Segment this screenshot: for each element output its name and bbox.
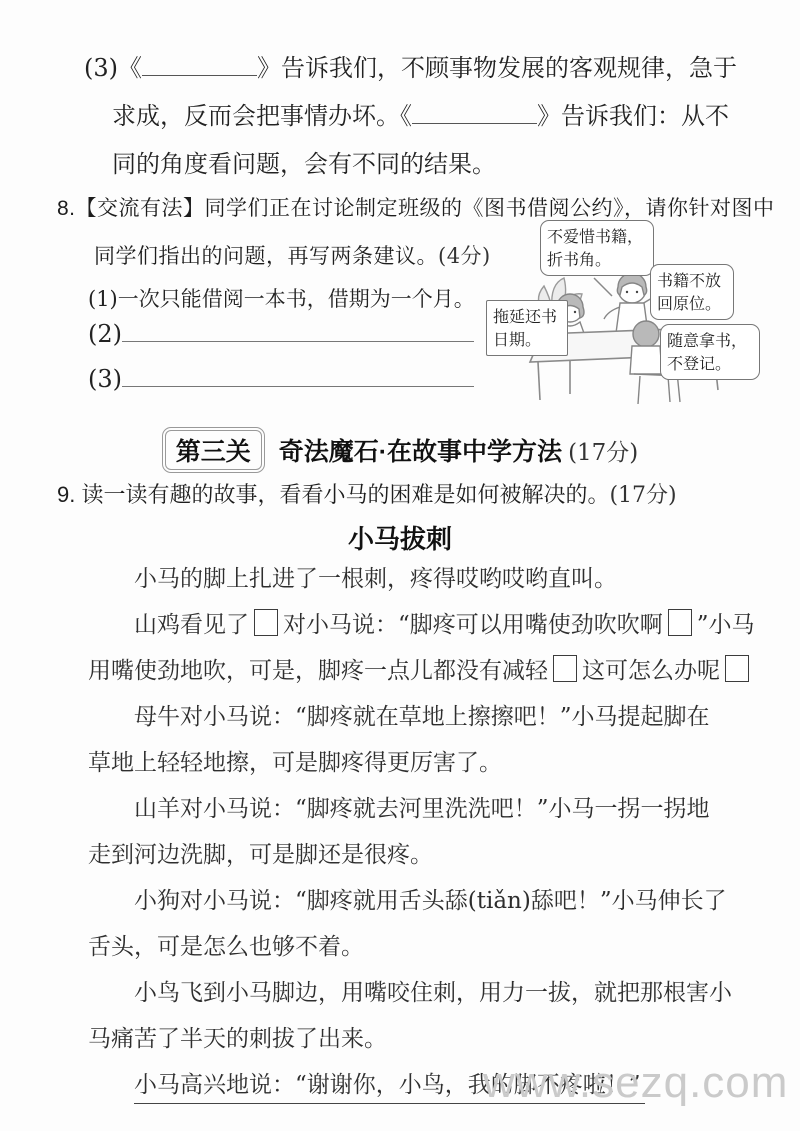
speech-bubble-damage-books: 不爱惜书籍，折书角。 bbox=[540, 220, 654, 276]
answer-blank bbox=[122, 321, 474, 342]
story-line: 舌头，可是怎么也够不着。 bbox=[88, 924, 768, 970]
question-3-line-2: 求成，反而会把事情办坏。《》告诉我们：从不 bbox=[84, 92, 737, 140]
punctuation-box bbox=[725, 655, 749, 682]
section-3-score: (17分) bbox=[568, 440, 638, 466]
question-8-stem-line-2: 同学们指出的问题，再写两条建议。(4分) bbox=[94, 240, 491, 270]
question-8-stem-text: 同学们指出的问题，再写两条建议。 bbox=[94, 245, 438, 268]
question-8-score: (4分) bbox=[438, 244, 491, 268]
punctuation-box bbox=[668, 609, 692, 636]
section-3-title: 奇法魔石·在故事中学方法 bbox=[279, 438, 562, 466]
question-3-text: 》告诉我们，不顾事物发展的客观规律，急于 bbox=[257, 54, 737, 82]
story-line: 小马的脚上扎进了一根刺，疼得哎哟哎哟直叫。 bbox=[88, 556, 768, 602]
story-line: 用嘴使劲地吹，可是，脚疼一点儿都没有减轻这可怎么办呢 bbox=[88, 648, 768, 694]
question-3-text: 》告诉我们：从不 bbox=[537, 102, 729, 130]
section-3-badge-label: 第三关 bbox=[165, 430, 262, 470]
story-line: 草地上轻轻地擦，可是脚疼得更厉害了。 bbox=[88, 740, 768, 786]
section-3-badge: 第三关 bbox=[162, 427, 265, 473]
question-3-label: (3) bbox=[84, 54, 118, 82]
question-8-sub-1: (1)一次只能借阅一本书，借期为一个月。 bbox=[88, 283, 475, 313]
question-9-stem-text: 9. 读一读有趣的故事，看看小马的困难是如何被解决的。 bbox=[57, 482, 609, 507]
question-8-sub-2: (2) bbox=[88, 320, 474, 348]
fill-in-blank bbox=[412, 103, 537, 124]
story-body: 小马的脚上扎进了一根刺，疼得哎哟哎哟直叫。 山鸡看见了对小马说：“脚疼可以用嘴使… bbox=[88, 556, 768, 1108]
question-3-text: 同的角度看问题，会有不同的结果。 bbox=[112, 150, 496, 178]
story-line: 小鸟飞到小马脚边，用嘴咬住刺，用力一拔，就把那根害小 bbox=[88, 970, 768, 1016]
classroom-illustration: 不爱惜书籍，折书角。 书籍不放回原位。 拖延还书日期。 随意拿书，不登记。 bbox=[494, 212, 770, 408]
question-3-text: 求成，反而会把事情办坏。《 bbox=[112, 102, 412, 130]
speech-bubble-no-register: 随意拿书，不登记。 bbox=[660, 324, 760, 380]
question-9-stem: 9. 读一读有趣的故事，看看小马的困难是如何被解决的。(17分) bbox=[57, 478, 677, 509]
watermark: www.sezq.com bbox=[483, 1058, 788, 1108]
story-line: 母牛对小马说：“脚疼就在草地上擦擦吧！”小马提起脚在 bbox=[88, 694, 768, 740]
question-8-sub-3: (3) bbox=[88, 365, 474, 393]
question-3-line-3: 同的角度看问题，会有不同的结果。 bbox=[84, 140, 737, 188]
story-title: 小马拔刺 bbox=[0, 519, 800, 556]
punctuation-box bbox=[553, 655, 577, 682]
story-line: 马痛苦了半天的刺拔了出来。 bbox=[88, 1016, 768, 1062]
question-3-text: 《 bbox=[118, 54, 142, 82]
story-line: 走到河边洗脚，可是脚还是很疼。 bbox=[88, 832, 768, 878]
speech-bubble-late-return: 拖延还书日期。 bbox=[486, 300, 568, 356]
section-3-banner: 第三关奇法魔石·在故事中学方法(17分) bbox=[0, 427, 800, 473]
question-3-line-1: (3)《》告诉我们，不顾事物发展的客观规律，急于 bbox=[84, 44, 737, 92]
story-line: 山羊对小马说：“脚疼就去河里洗洗吧！”小马一拐一拐地 bbox=[88, 786, 768, 832]
story-line: 山鸡看见了对小马说：“脚疼可以用嘴使劲吹吹啊”小马 bbox=[88, 602, 768, 648]
question-8-sub-3-label: (3) bbox=[88, 365, 122, 393]
answer-blank bbox=[122, 366, 474, 387]
speech-bubble-not-return-place: 书籍不放回原位。 bbox=[650, 264, 734, 320]
question-9-score: (17分) bbox=[609, 483, 676, 508]
punctuation-box bbox=[254, 609, 278, 636]
question-8-sub-2-label: (2) bbox=[88, 320, 122, 348]
story-line: 小狗对小马说：“脚疼就用舌头舔(tiǎn)舔吧！”小马伸长了 bbox=[88, 878, 768, 924]
fill-in-blank bbox=[142, 55, 257, 76]
question-3-block: (3)《》告诉我们，不顾事物发展的客观规律，急于 求成，反而会把事情办坏。《》告… bbox=[84, 44, 737, 188]
